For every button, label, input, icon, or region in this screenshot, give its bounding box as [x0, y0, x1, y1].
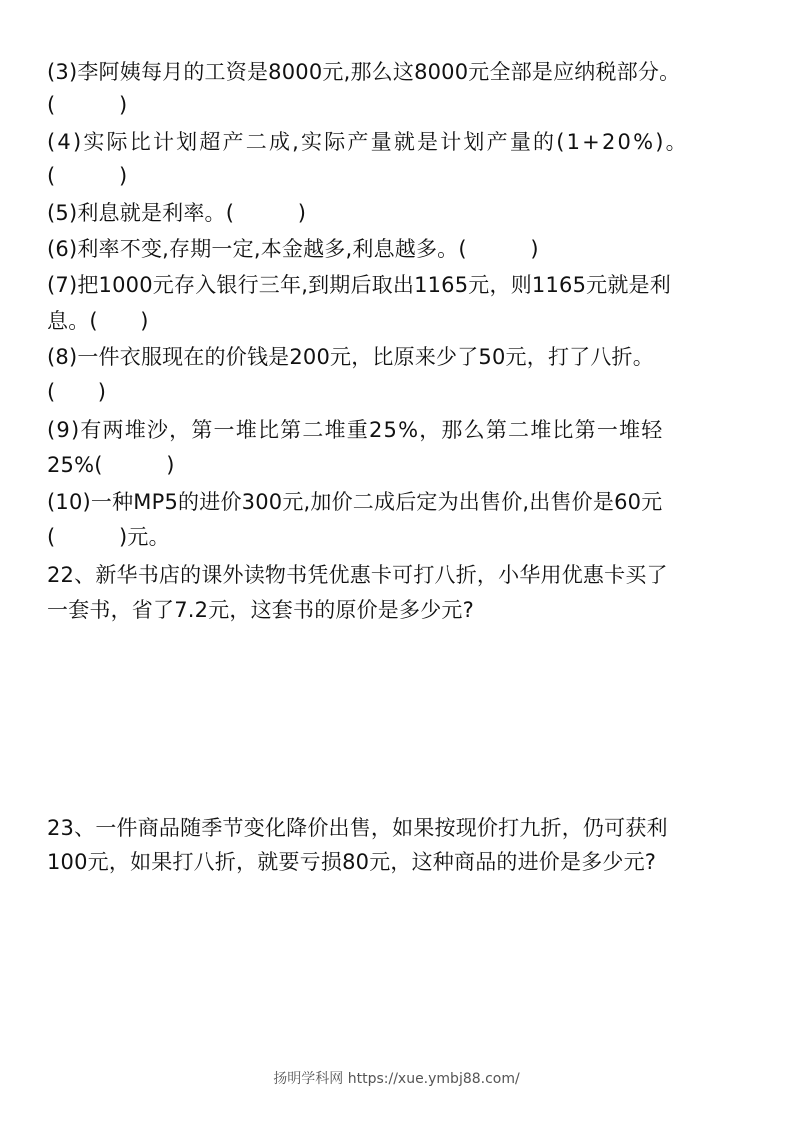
question-8-line-1: (8)一件衣服现在的价钱是200元，比原来少了50元，打了八折。: [47, 340, 654, 374]
question-6-line: (6)利率不变,存期一定,本金越多,利息越多。( ): [47, 232, 539, 266]
question-7-line-2: 息。( ): [47, 304, 149, 338]
question-3-answer-blank: ( ): [47, 88, 127, 122]
question-10-line-1: (10)一种MP5的进价300元,加价二成后定为出售价,出售价是60元: [47, 485, 662, 519]
document-page: (3)李阿姨每月的工资是8000元,那么这8000元全部是应纳税部分。 ( ) …: [0, 0, 793, 1122]
question-7-line-1: (7)把1000元存入银行三年,到期后取出1165元，则1165元就是利: [47, 268, 671, 302]
question-4-line-1: (4)实际比计划超产二成,实际产量就是计划产量的(1+20%)。: [47, 125, 689, 159]
footer-watermark: 扬明学科网 https://xue.ymbj88.com/: [0, 1068, 793, 1090]
question-3-line-1: (3)李阿姨每月的工资是8000元,那么这8000元全部是应纳税部分。: [47, 55, 680, 89]
question-9-line-2: 25%( ): [47, 448, 175, 482]
problem-23-line-2: 100元，如果打八折，就要亏损80元，这种商品的进价是多少元?: [47, 845, 656, 879]
problem-22-line-2: 一套书，省了7.2元，这套书的原价是多少元?: [47, 593, 474, 627]
question-10-line-2: ( )元。: [47, 520, 170, 554]
problem-23-line-1: 23、一件商品随季节变化降价出售，如果按现价打九折，仍可获利: [47, 811, 668, 845]
question-8-answer-blank: ( ): [47, 375, 106, 409]
question-9-line-1: (9)有两堆沙，第一堆比第二堆重25%，那么第二堆比第一堆轻: [47, 413, 663, 447]
question-4-answer-blank: ( ): [47, 159, 127, 193]
question-5-line: (5)利息就是利率。( ): [47, 196, 306, 230]
problem-22-line-1: 22、新华书店的课外读物书凭优惠卡可打八折，小华用优惠卡买了: [47, 558, 668, 592]
